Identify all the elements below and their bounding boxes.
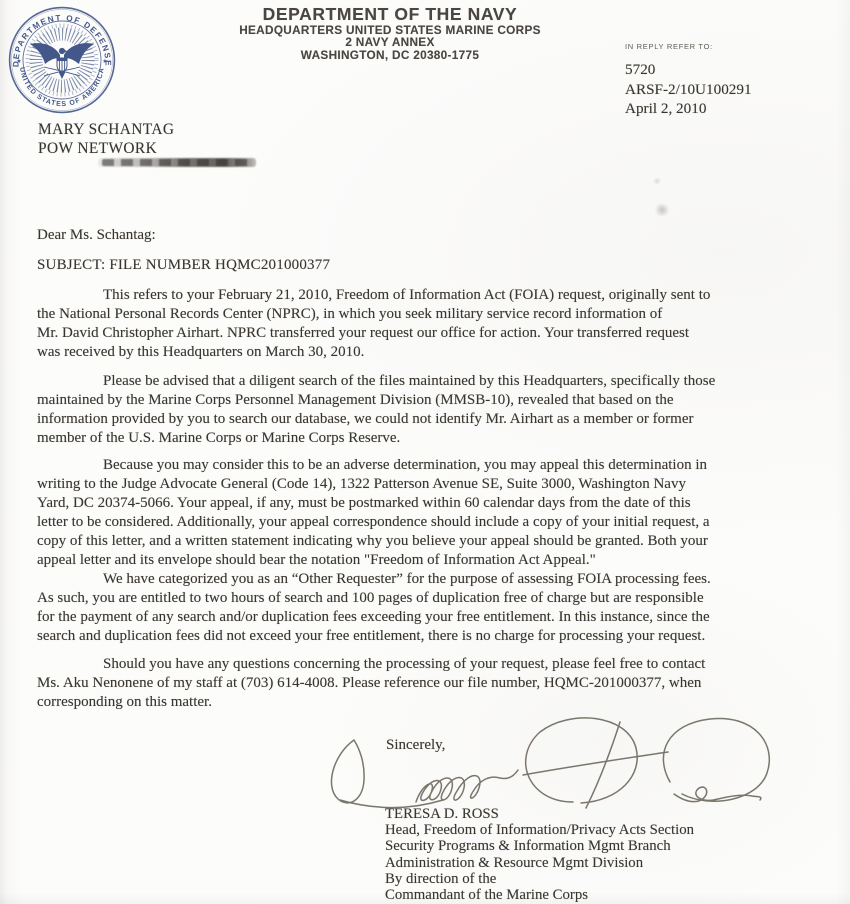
text-line: Mr. David Christopher Airhart. NPRC tran… <box>37 324 832 343</box>
paragraph-4: We have categorized you as an “Other Req… <box>37 570 832 646</box>
letterhead-agency: DEPARTMENT OF THE NAVY <box>160 5 620 24</box>
signer-name: TERESA D. ROSS <box>385 806 694 822</box>
text-line: for the payment of any search and/or dup… <box>37 608 832 627</box>
salutation: Dear Ms. Schantag: <box>37 227 156 244</box>
in-reply-refer-label: IN REPLY REFER TO: <box>625 42 713 51</box>
text-line: We have categorized you as an “Other Req… <box>37 570 832 589</box>
signer-block: TERESA D. ROSS Head, Freedom of Informat… <box>385 806 694 903</box>
paragraph-3: Because you may consider this to be an a… <box>37 456 832 570</box>
signer-title: Head, Freedom of Information/Privacy Act… <box>385 822 694 838</box>
reference-code: 5720 <box>625 60 752 80</box>
seal-star-icon: ★ <box>102 58 107 65</box>
scan-smudge <box>654 204 672 216</box>
reference-block: 5720 ARSF-2/10U100291 April 2, 2010 <box>625 60 752 119</box>
text-line: As such, you are entitled to two hours o… <box>37 589 832 608</box>
text-line: member of the U.S. Marine Corps or Marin… <box>37 429 832 448</box>
signer-title: Security Programs & Information Mgmt Bra… <box>385 838 694 854</box>
recipient-block: MARY SCHANTAG POW NETWORK <box>38 120 174 158</box>
text-line: Yard, DC 20374-5066. Your appeal, if any… <box>37 494 832 513</box>
scanned-letter-page: DEPARTMENT OF DEFENSE UNITED STATES OF A… <box>0 0 850 904</box>
subject-line: SUBJECT: FILE NUMBER HQMC201000377 <box>37 257 330 274</box>
recipient-organization: POW NETWORK <box>38 139 174 158</box>
letterhead-line: 2 NAVY ANNEX <box>160 36 620 48</box>
text-line: copy of this letter, and a written state… <box>37 532 832 551</box>
text-line: This refers to your February 21, 2010, F… <box>37 286 832 305</box>
signer-title: Commandant of the Marine Corps <box>385 887 694 903</box>
text-line: Ms. Aku Nenonene of my staff at (703) 61… <box>37 674 832 693</box>
text-line: Because you may consider this to be an a… <box>37 456 832 475</box>
reference-date: April 2, 2010 <box>625 99 752 119</box>
signer-title: By direction of the <box>385 871 694 887</box>
paragraph-2: Please be advised that a diligent search… <box>37 372 832 448</box>
text-line: maintained by the Marine Corps Personnel… <box>37 391 832 410</box>
dod-seal-icon: DEPARTMENT OF DEFENSE UNITED STATES OF A… <box>6 4 118 116</box>
seal-star-icon: ★ <box>16 58 21 65</box>
text-line: Please be advised that a diligent search… <box>37 372 832 391</box>
scan-smudge <box>652 178 662 184</box>
paragraph-1: This refers to your February 21, 2010, F… <box>37 286 832 362</box>
text-line: appeal letter and its envelope should be… <box>37 551 832 570</box>
text-line: Should you have any questions concerning… <box>37 655 832 674</box>
recipient-name: MARY SCHANTAG <box>38 120 174 139</box>
text-line: writing to the Judge Advocate General (C… <box>37 475 832 494</box>
reference-code: ARSF-2/10U100291 <box>625 80 752 100</box>
signer-title: Administration & Resource Mgmt Division <box>385 855 694 871</box>
letterhead-line: WASHINGTON, DC 20380-1775 <box>160 49 620 61</box>
text-line: search and duplication fees did not exce… <box>37 627 832 646</box>
redacted-address-bar <box>98 158 256 167</box>
text-line: was received by this Headquarters on Mar… <box>37 343 832 362</box>
paragraph-5: Should you have any questions concerning… <box>37 655 832 712</box>
text-line: the National Personal Records Center (NP… <box>37 305 832 324</box>
text-line: information provided by you to search ou… <box>37 410 832 429</box>
letterhead: DEPARTMENT OF THE NAVY HEADQUARTERS UNIT… <box>160 5 620 61</box>
text-line: letter to be considered. Additionally, y… <box>37 513 832 532</box>
